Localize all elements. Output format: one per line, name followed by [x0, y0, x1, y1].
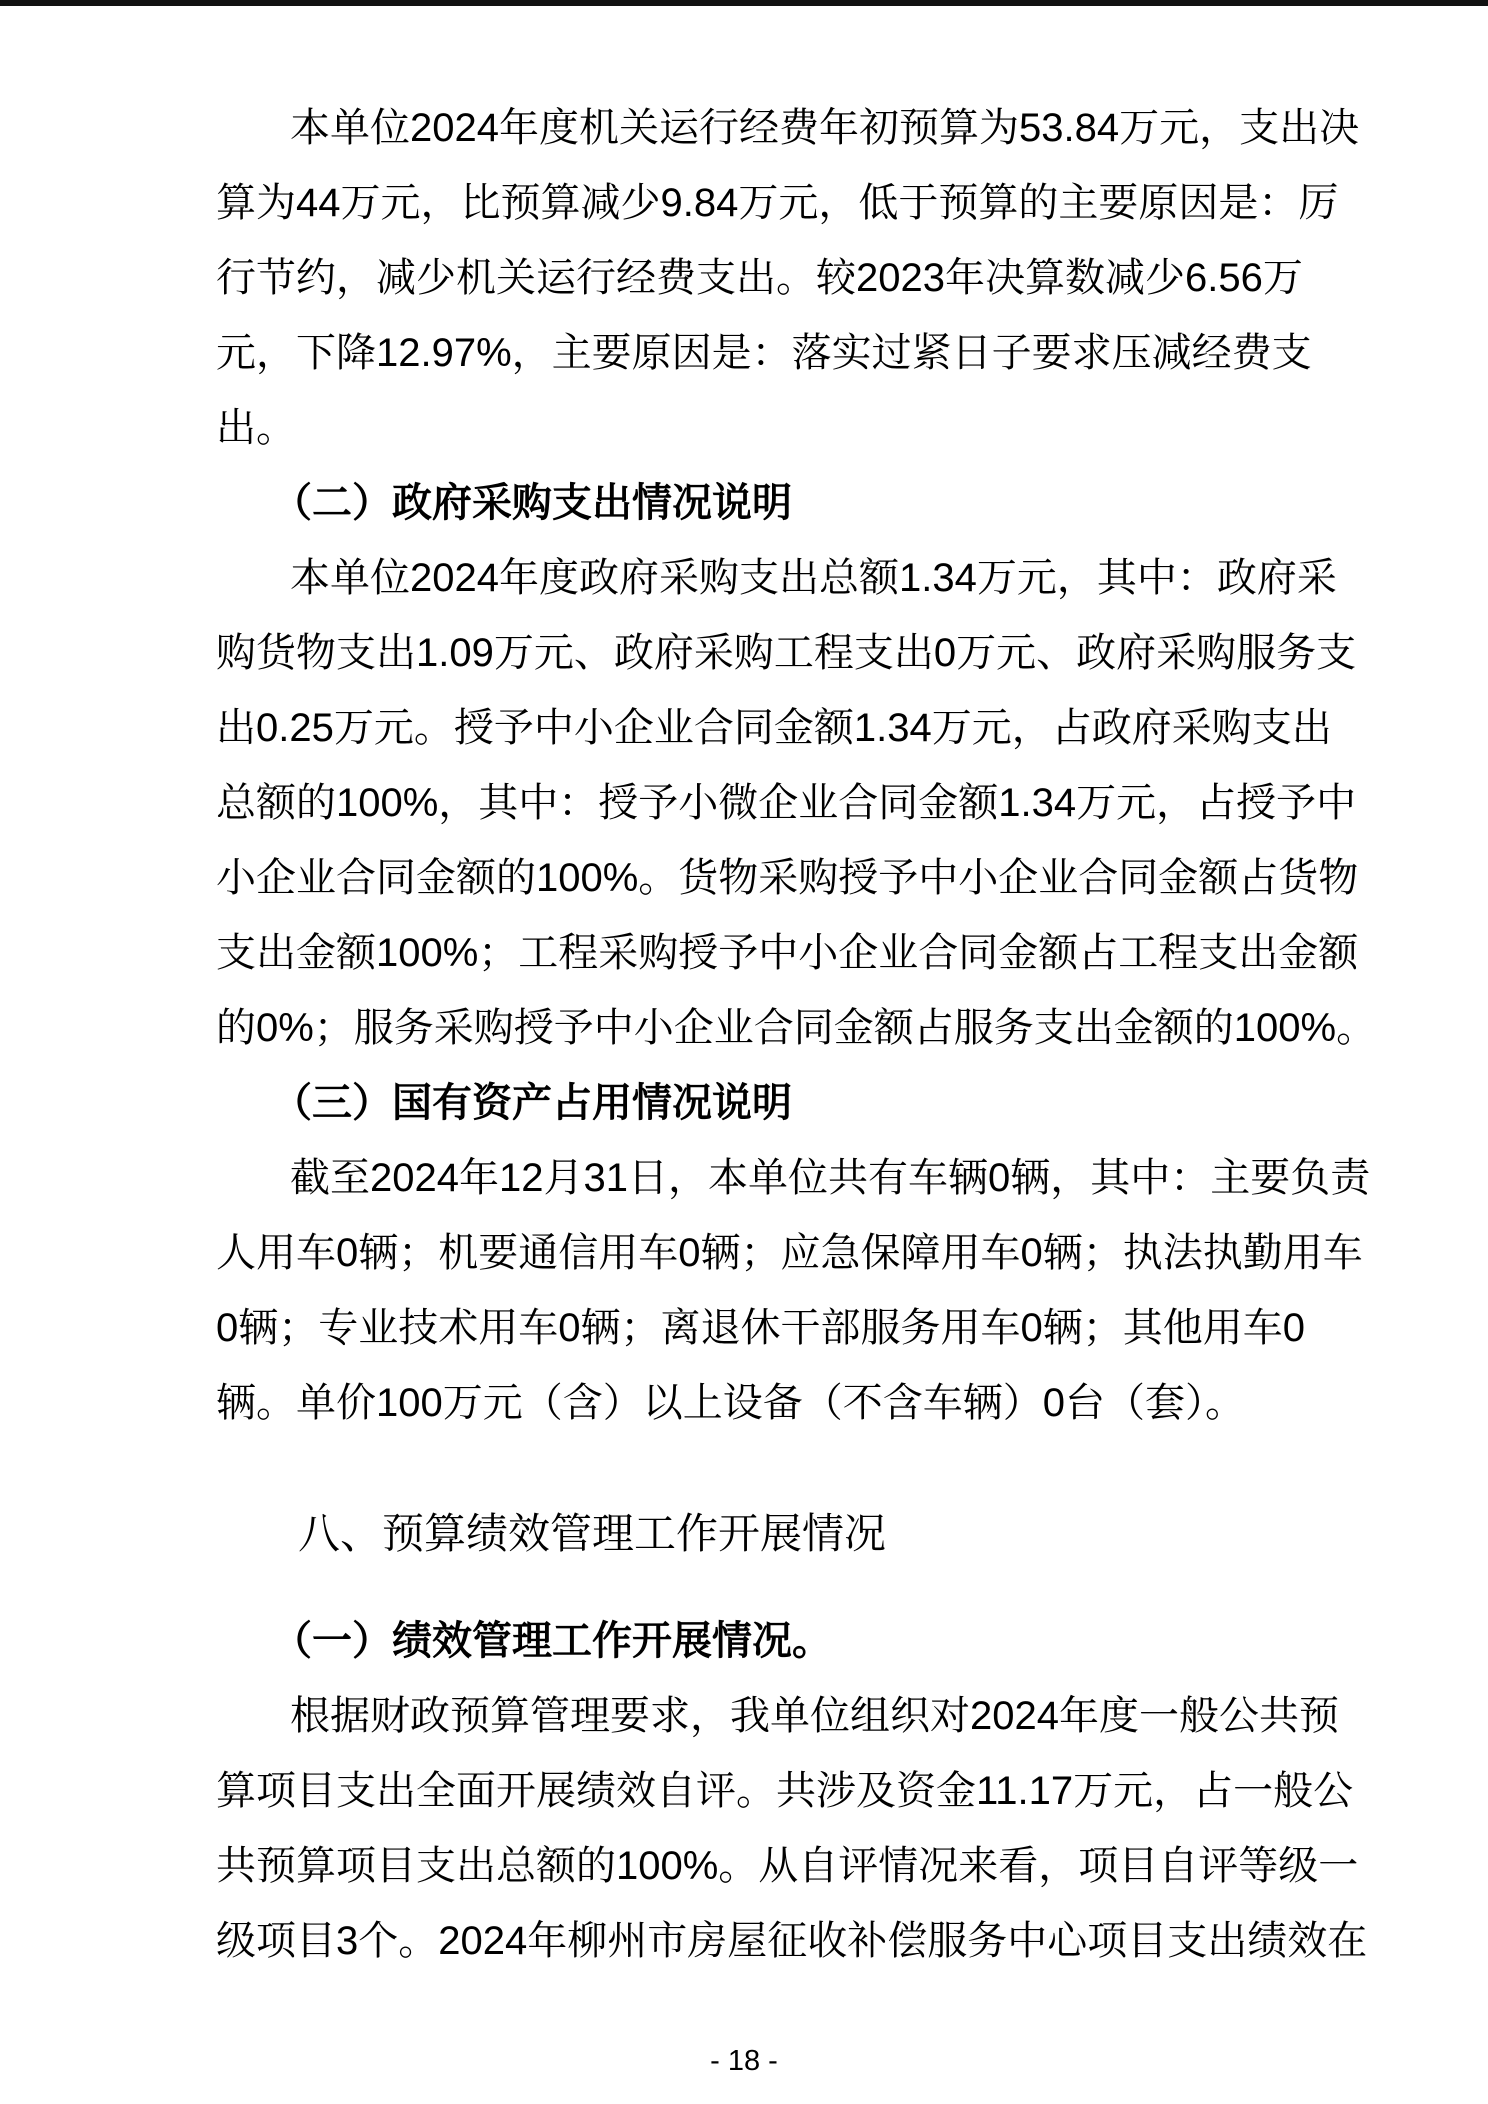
- page-top-border: [0, 0, 1488, 6]
- paragraph-line: 截至2024年12月31日，本单位共有车辆0辆，其中：主要负责: [216, 1141, 1306, 1216]
- paragraph-line: 购货物支出1.09万元、政府采购工程支出0万元、政府采购服务支: [216, 616, 1306, 691]
- paragraph-performance-selfreview: 根据财政预算管理要求，我单位组织对2024年度一般公共预 算项目支出全面开展绩效…: [216, 1679, 1306, 1979]
- paragraph-line: 小企业合同金额的100%。货物采购授予中小企业合同金额占货物: [216, 841, 1306, 916]
- document-page: 本单位2024年度机关运行经费年初预算为53.84万元，支出决 算为44万元，比…: [0, 0, 1488, 2104]
- paragraph-line: 辆。单价100万元（含）以上设备（不含车辆）0台（套）。: [216, 1366, 1306, 1441]
- paragraph-line: 总额的100%，其中：授予小微企业合同金额1.34万元，占授予中: [216, 766, 1306, 841]
- paragraph-line: 级项目3个。2024年柳州市房屋征收补偿服务中心项目支出绩效在: [216, 1904, 1306, 1979]
- document-body: 本单位2024年度机关运行经费年初预算为53.84万元，支出决 算为44万元，比…: [216, 91, 1306, 1979]
- paragraph-line: 的0%；服务采购授予中小企业合同金额占服务支出金额的100%。: [216, 991, 1306, 1066]
- paragraph-operating-expenses: 本单位2024年度机关运行经费年初预算为53.84万元，支出决 算为44万元，比…: [216, 91, 1306, 466]
- paragraph-state-assets: 截至2024年12月31日，本单位共有车辆0辆，其中：主要负责 人用车0辆；机要…: [216, 1141, 1306, 1441]
- paragraph-line: 人用车0辆；机要通信用车0辆；应急保障用车0辆；执法执勤用车: [216, 1216, 1306, 1291]
- paragraph-gov-procurement: 本单位2024年度政府采购支出总额1.34万元，其中：政府采 购货物支出1.09…: [216, 541, 1306, 1066]
- section-heading-performance-work: （一）绩效管理工作开展情况。: [216, 1604, 1306, 1679]
- section-heading-state-assets: （三）国有资产占用情况说明: [216, 1066, 1306, 1141]
- paragraph-line: 算为44万元，比预算减少9.84万元，低于预算的主要原因是：厉: [216, 166, 1306, 241]
- paragraph-line: 出0.25万元。授予中小企业合同金额1.34万元，占政府采购支出: [216, 691, 1306, 766]
- paragraph-line: 支出金额100%；工程采购授予中小企业合同金额占工程支出金额: [216, 916, 1306, 991]
- section-heading-gov-procurement: （二）政府采购支出情况说明: [216, 466, 1306, 541]
- paragraph-line: 元，下降12.97%，主要原因是：落实过紧日子要求压减经费支: [216, 316, 1306, 391]
- paragraph-line: 行节约，减少机关运行经费支出。较2023年决算数减少6.56万: [216, 241, 1306, 316]
- paragraph-line: 共预算项目支出总额的100%。从自评情况来看，项目自评等级一: [216, 1829, 1306, 1904]
- chapter-heading-performance-management: 八、预算绩效管理工作开展情况: [216, 1496, 1306, 1571]
- paragraph-line: 算项目支出全面开展绩效自评。共涉及资金11.17万元，占一般公: [216, 1754, 1306, 1829]
- paragraph-line: 根据财政预算管理要求，我单位组织对2024年度一般公共预: [216, 1679, 1306, 1754]
- paragraph-line: 本单位2024年度政府采购支出总额1.34万元，其中：政府采: [216, 541, 1306, 616]
- page-number: - 18 -: [0, 2044, 1488, 2078]
- paragraph-line: 出。: [216, 391, 1306, 466]
- paragraph-line: 0辆；专业技术用车0辆；离退休干部服务用车0辆；其他用车0: [216, 1291, 1306, 1366]
- paragraph-line: 本单位2024年度机关运行经费年初预算为53.84万元，支出决: [216, 91, 1306, 166]
